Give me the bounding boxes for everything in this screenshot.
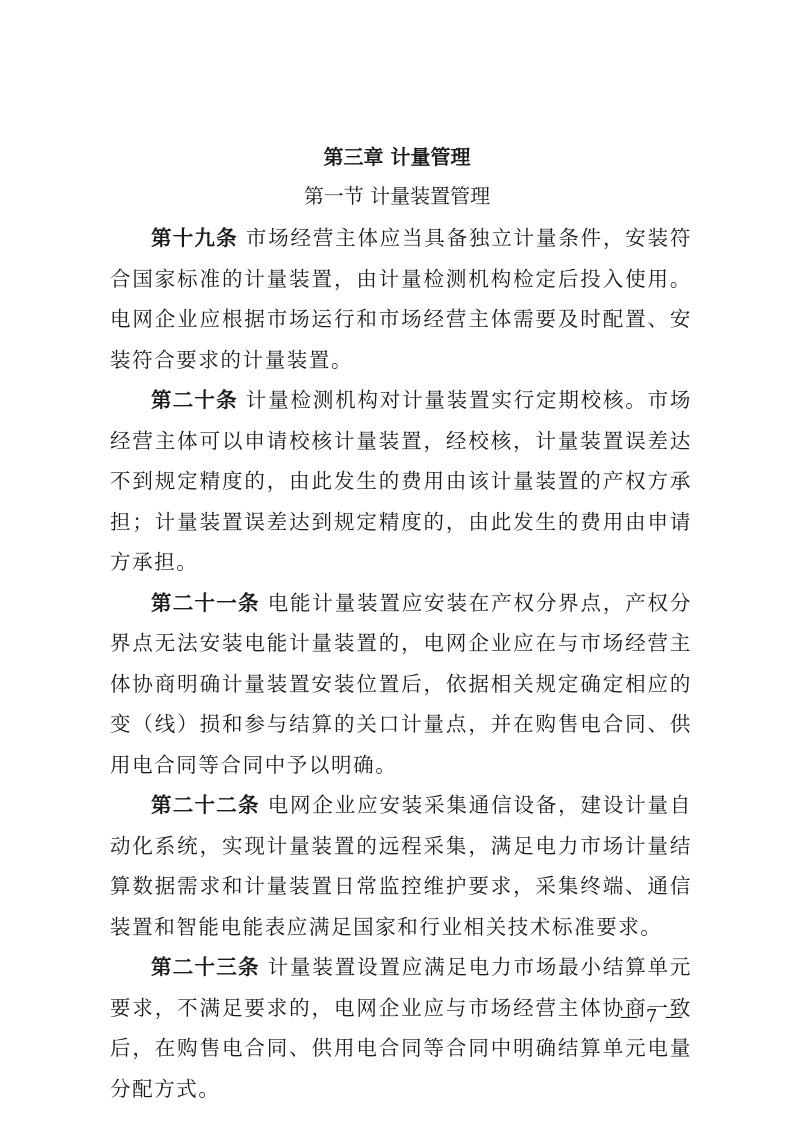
document-page: 第三章 计量管理 第一节 计量装置管理 第十九条市场经营主体应当具备独立计量条件…: [0, 0, 794, 1123]
chapter-title: 第三章 计量管理: [0, 142, 794, 172]
article-label: 第二十一条: [151, 591, 260, 615]
document-body: 第十九条市场经营主体应当具备独立计量条件，安装符合国家标准的计量装置，由计量检测…: [110, 218, 692, 1109]
section-title: 第一节 计量装置管理: [0, 181, 794, 211]
article-text: 电能计量装置应安装在产权分界点，产权分界点无法安装电能计量装置的，电网企业应在与…: [110, 591, 692, 777]
article-text: 计量检测机构对计量装置实行定期校核。市场经营主体可以申请校核计量装置，经校核，计…: [110, 388, 692, 574]
article-label: 第二十二条: [151, 793, 260, 817]
article-label: 第十九条: [151, 226, 238, 250]
article-21: 第二十一条电能计量装置应安装在产权分界点，产权分界点无法安装电能计量装置的，电网…: [110, 583, 692, 786]
article-20: 第二十条计量检测机构对计量装置实行定期校核。市场经营主体可以申请校核计量装置，经…: [110, 380, 692, 583]
article-23: 第二十三条计量装置设置应满足电力市场最小结算单元要求，不满足要求的，电网企业应与…: [110, 947, 692, 1109]
article-label: 第二十条: [151, 388, 238, 412]
article-19: 第十九条市场经营主体应当具备独立计量条件，安装符合国家标准的计量装置，由计量检测…: [110, 218, 692, 380]
page-number: — 7 —: [620, 1006, 684, 1027]
article-label: 第二十三条: [151, 955, 260, 979]
article-22: 第二十二条电网企业应安装采集通信设备，建设计量自动化系统，实现计量装置的远程采集…: [110, 785, 692, 947]
